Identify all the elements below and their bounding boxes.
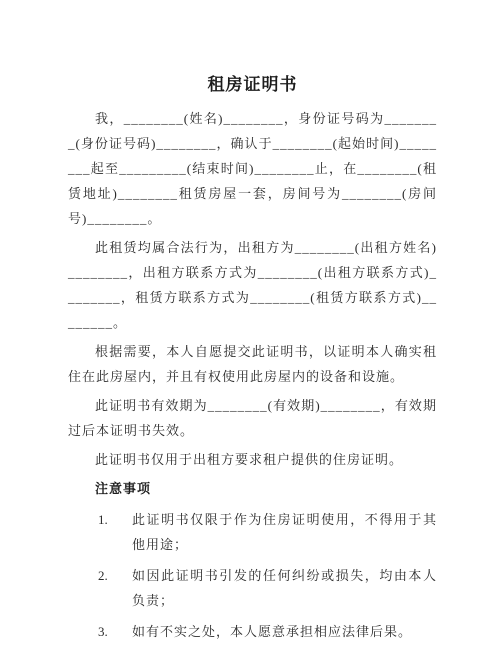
note-text: 如有不实之处，本人愿意承担相应法律后果。 — [132, 619, 437, 644]
paragraph-validity-period: 此证明书有效期为________(有效期)________，有效期过后本证明书失… — [68, 393, 437, 443]
paragraph-identity-and-lease: 我，________(姓名)________，身份证号码为________(身份… — [68, 106, 437, 231]
note-item: 1. 此证明书仅限于作为住房证明使用，不得用于其他用途； — [68, 507, 437, 557]
note-number: 3. — [98, 619, 132, 644]
note-number: 2. — [98, 563, 132, 613]
note-text: 如因此证明书引发的任何纠纷或损失，均由本人负责； — [132, 563, 437, 613]
document-body: 我，________(姓名)________，身份证号码为________(身份… — [68, 106, 437, 644]
paragraph-landlord-contact: 此租赁均属合法行为，出租方为________(出租方姓名)________，出租… — [68, 235, 437, 335]
notes-heading: 注意事项 — [95, 476, 437, 501]
note-item: 2. 如因此证明书引发的任何纠纷或损失，均由本人负责； — [68, 563, 437, 613]
paragraph-usage-restriction: 此证明书仅用于出租方要求租户提供的住房证明。 — [68, 447, 437, 472]
document-page: 租房证明书 我，________(姓名)________，身份证号码为_____… — [0, 0, 500, 647]
note-text: 此证明书仅限于作为住房证明使用，不得用于其他用途； — [132, 507, 437, 557]
note-number: 1. — [98, 507, 132, 557]
notes-list: 1. 此证明书仅限于作为住房证明使用，不得用于其他用途； 2. 如因此证明书引发… — [68, 507, 437, 644]
note-item: 3. 如有不实之处，本人愿意承担相应法律后果。 — [68, 619, 437, 644]
paragraph-purpose-statement: 根据需要，本人自愿提交此证明书，以证明本人确实租住在此房屋内，并且有权使用此房屋… — [68, 339, 437, 389]
document-title: 租房证明书 — [68, 74, 437, 96]
